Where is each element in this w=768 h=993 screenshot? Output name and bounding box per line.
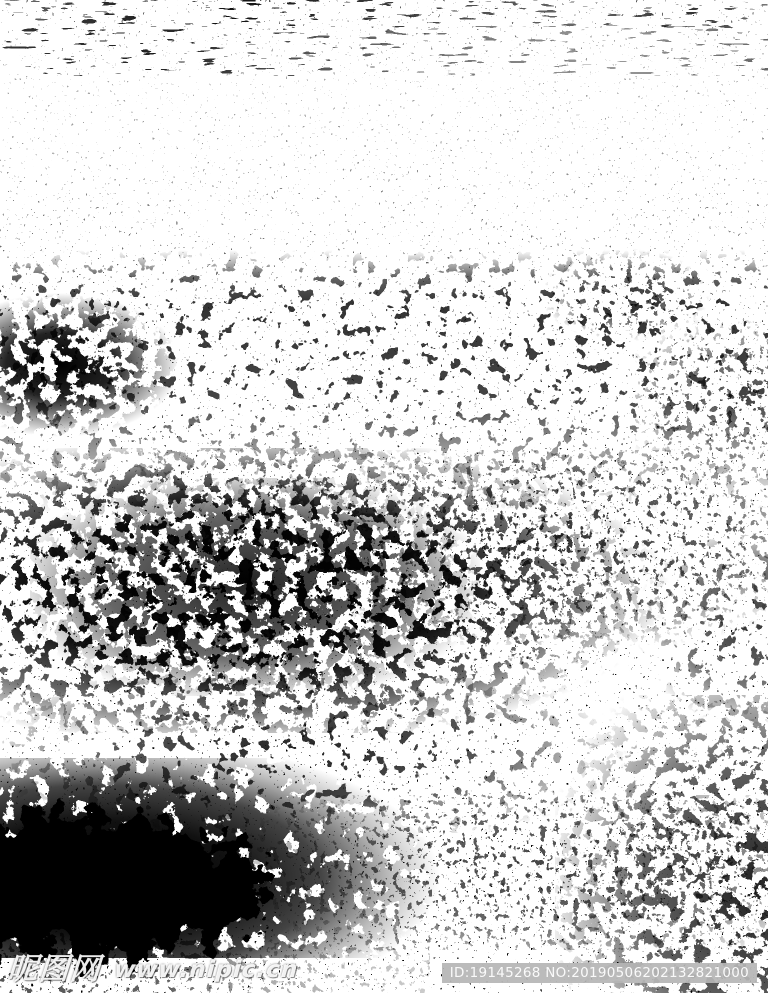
watermark-site-name: 昵图网	[7, 952, 102, 987]
texture-image: 昵图网 www.nipic.cn ID:19145268 NO:20190506…	[0, 0, 768, 993]
watermark-site-url: www.nipic.cn	[113, 957, 299, 983]
grunge-texture	[0, 0, 768, 993]
watermark-id-badge: ID:19145268 NO:20190506202132821000	[442, 963, 757, 983]
watermark-site: 昵图网 www.nipic.cn	[6, 944, 300, 988]
